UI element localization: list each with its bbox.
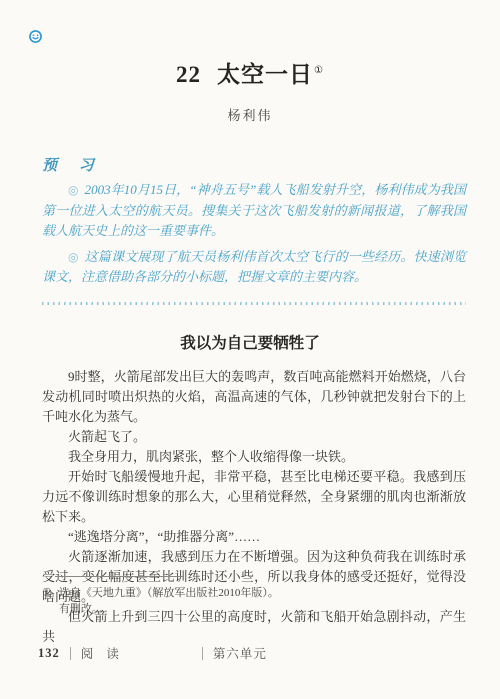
footnote-line1: 选自《天地九重》（解放军出版社2010年版）。	[59, 587, 279, 599]
preview-item-text: 2003年10月15日，“神舟五号”载人飞船发射升空，杨利伟成为我国第一位进入太…	[42, 182, 466, 238]
article-paragraph: 开始时飞船缓慢地升起，非常平稳，甚至比电梯还要平稳。我感到压力远不像训练时想象的…	[42, 467, 466, 527]
lesson-title: 22太空一日①	[0, 56, 500, 89]
textbook-page: 22太空一日① 杨利伟 预 习 ◎2003年10月15日，“神舟五号”载人飞船发…	[0, 0, 500, 699]
dotted-divider	[42, 302, 466, 305]
footer-section-label: 阅 读	[81, 644, 124, 662]
article-paragraph: 9时整，火箭尾部发出巨大的轰鸣声，数百吨高能燃料开始燃烧，八台发动机同时喷出炽热…	[42, 367, 466, 427]
footer-divider-bar	[202, 647, 203, 660]
preview-item: ◎这篇课文展现了航天员杨利伟首次太空飞行的一些经历。快速浏览课文，注意借助各部分…	[42, 247, 466, 288]
preview-item: ◎2003年10月15日，“神舟五号”载人飞船发射升空，杨利伟成为我国第一位进入…	[42, 180, 466, 242]
article-paragraph: 我全身用力，肌肉紧张，整个人收缩得像一块铁。	[42, 447, 466, 467]
page-footer: 132 阅 读 第六单元	[38, 644, 466, 662]
footnote-block: ① 选自《天地九重》（解放军出版社2010年版）。有删改。	[42, 576, 466, 617]
article-paragraph: “逃逸塔分离”，“助推器分离”……	[42, 527, 466, 547]
footnote-divider	[55, 576, 183, 577]
circle-bullet-icon: ◎	[68, 183, 79, 197]
article-paragraph: 火箭起飞了。	[42, 427, 466, 447]
footnote-line2: 有删改。	[59, 603, 103, 615]
page-number: 132	[38, 646, 60, 661]
footnote-marker: ①	[42, 585, 52, 617]
footer-unit-label: 第六单元	[213, 644, 267, 662]
footnote-text: 选自《天地九重》（解放军出版社2010年版）。有删改。	[59, 585, 279, 617]
circle-bullet-icon: ◎	[68, 250, 79, 264]
preview-item-text: 这篇课文展现了航天员杨利伟首次太空飞行的一些经历。快速浏览课文，注意借助各部分的…	[42, 249, 466, 285]
footnote-reference-mark: ①	[314, 65, 324, 76]
preview-section: 预 习 ◎2003年10月15日，“神舟五号”载人飞船发射升空，杨利伟成为我国第…	[42, 154, 466, 288]
footer-divider-bar	[70, 647, 71, 660]
lesson-title-text: 太空一日	[217, 62, 313, 87]
author-name: 杨利伟	[0, 105, 500, 124]
smiley-circle-icon	[29, 30, 42, 43]
preview-label: 预 习	[42, 154, 466, 175]
lesson-number: 22	[176, 62, 201, 87]
section-heading: 我以为自己要牺牲了	[0, 331, 500, 353]
footnote: ① 选自《天地九重》（解放军出版社2010年版）。有删改。	[42, 585, 466, 617]
